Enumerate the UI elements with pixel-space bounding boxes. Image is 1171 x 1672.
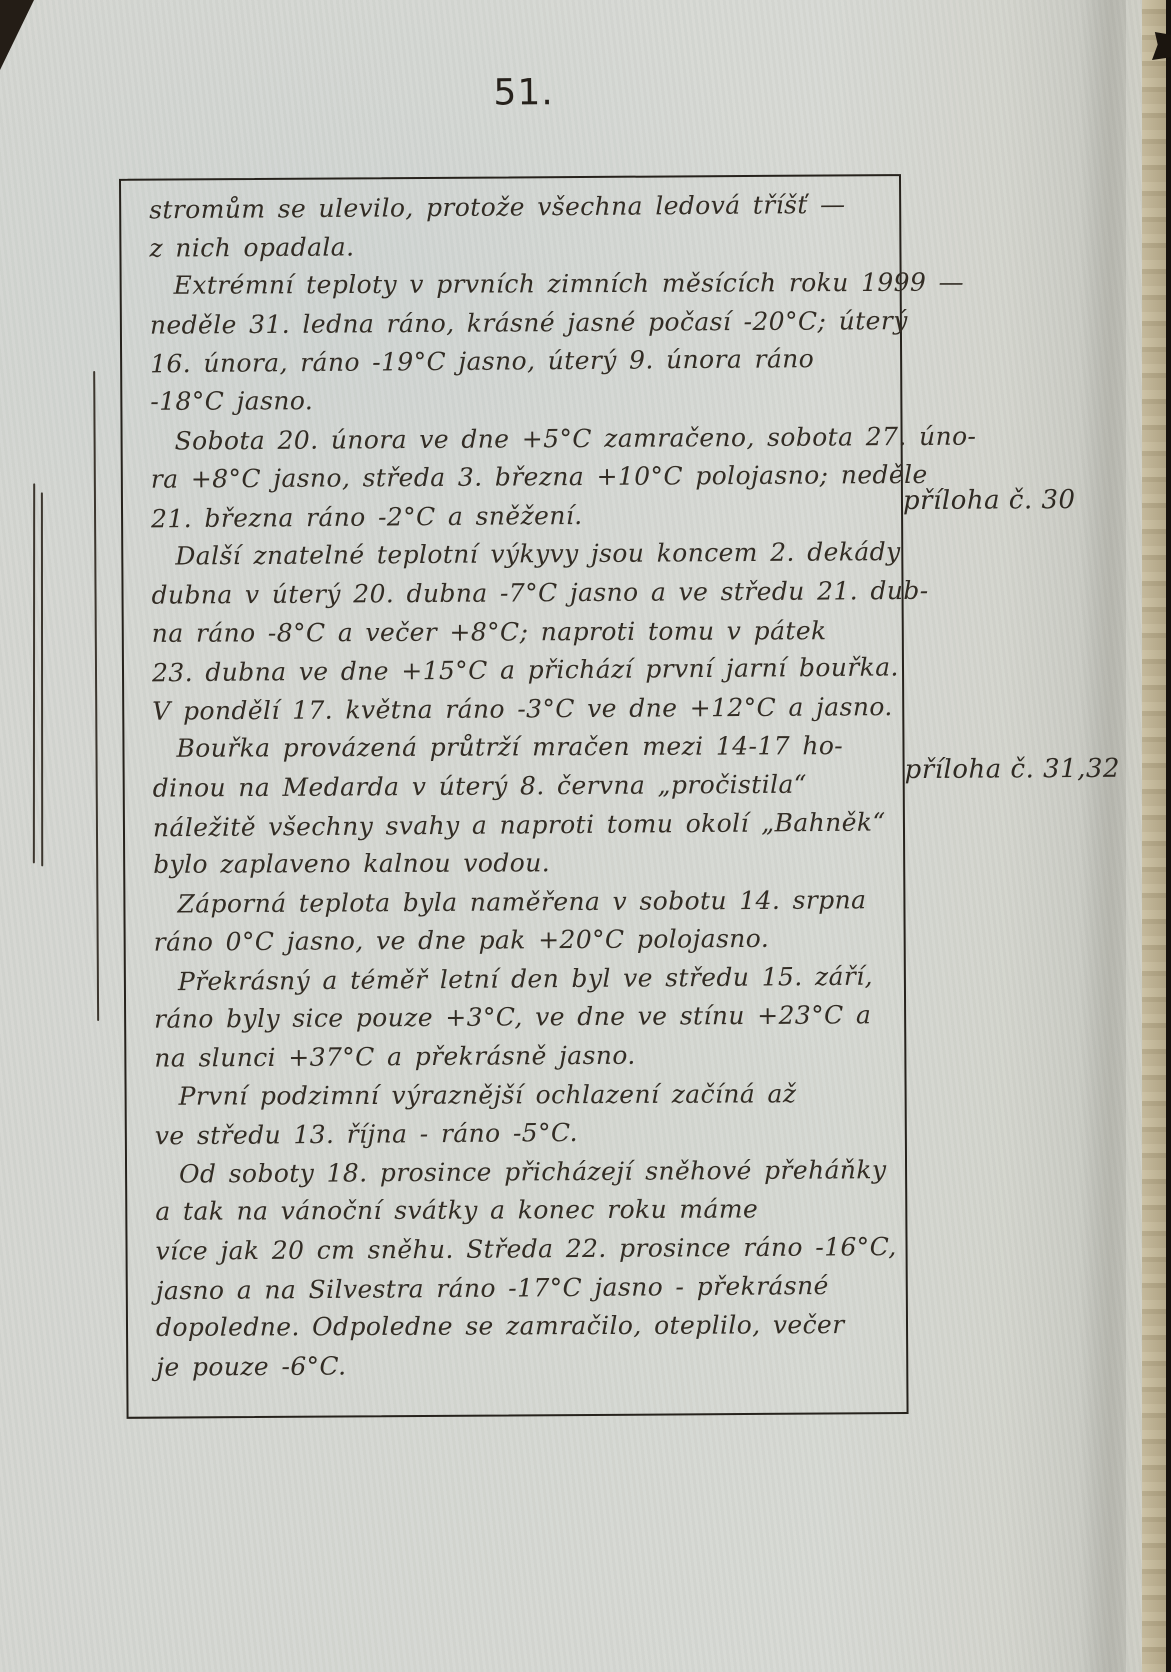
handwritten-line: dubna v úterý 20. dubna -7°C jasno a ve … xyxy=(151,572,921,615)
handwritten-line: a tak na vánoční svátky a konec roku mám… xyxy=(155,1190,925,1232)
handwritten-line: ve středu 13. října - ráno -5°C. xyxy=(155,1112,925,1157)
handwritten-line: V pondělí 17. května ráno -3°C ve dne +1… xyxy=(152,688,922,731)
handwritten-line: Bouřka provázená průtrží mračen mezi 14-… xyxy=(152,727,922,769)
handwritten-line: Překrásný a téměř letní den byl ve střed… xyxy=(154,957,924,1002)
handwritten-line: dopoledne. Odpoledne se zamračilo, otepl… xyxy=(156,1306,926,1348)
margin-pen-mark-long xyxy=(93,371,99,1021)
margin-note-priloha-31-32: příloha č. 31,32 xyxy=(905,754,1121,785)
handwritten-line: jasno a na Silvestra ráno -17°C jasno - … xyxy=(156,1266,926,1311)
handwritten-line: 21. března ráno -2°C a sněžení. xyxy=(151,494,921,539)
handwritten-line: dinou na Medarda v úterý 8. června „proč… xyxy=(153,765,923,808)
handwritten-line: Záporná teplota byla naměřena v sobotu 1… xyxy=(153,881,923,924)
handwritten-line: Extrémní teploty v prvních zimních měsíc… xyxy=(150,264,920,306)
handwritten-line: bylo zaplaveno kalnou vodou. xyxy=(153,843,923,885)
handwritten-line: 16. února, ráno -19°C jasno, úterý 9. ún… xyxy=(150,340,920,385)
handwritten-line: První podzimní výraznější ochlazení začí… xyxy=(155,1074,925,1116)
handwritten-line: stromům se ulevilo, protože všechna ledo… xyxy=(149,185,919,230)
handwritten-text-block: stromům se ulevilo, protože všechna ledo… xyxy=(149,186,926,1387)
page-number: 51. xyxy=(493,72,554,113)
handwritten-line: na slunci +37°C a překrásně jasno. xyxy=(154,1035,924,1078)
handwritten-line: je pouze -6°C. xyxy=(156,1344,926,1387)
handwritten-line: neděle 31. ledna ráno, krásné jasné poča… xyxy=(150,302,920,345)
handwritten-line: Od soboty 18. prosince přicházejí sněhov… xyxy=(155,1151,925,1194)
margin-pen-mark-short-b xyxy=(41,492,43,866)
handwritten-line: ra +8°C jasno, středa 3. března +10°C po… xyxy=(151,456,921,499)
handwritten-line: ráno byly sice pouze +3°C, ve dne ve stí… xyxy=(154,996,924,1039)
scanned-page-content: 51. stromům se ulevilo, protože všechna … xyxy=(0,0,1171,1672)
handwritten-line: z nich opadala. xyxy=(149,225,919,268)
handwritten-line: 23. dubna ve dne +15°C a přichází první … xyxy=(152,648,922,693)
handwritten-line: na ráno -8°C a večer +8°C; naproti tomu … xyxy=(152,611,922,653)
handwritten-line: Sobota 20. února ve dne +5°C zamračeno, … xyxy=(150,418,920,461)
handwritten-line: Další znatelné teplotní výkyvy jsou konc… xyxy=(151,533,921,576)
margin-pen-mark-short-a xyxy=(33,483,35,863)
margin-note-priloha-30: příloha č. 30 xyxy=(903,485,1076,516)
handwritten-line: více jak 20 cm sněhu. Středa 22. prosinc… xyxy=(155,1228,925,1271)
handwritten-line: -18°C jasno. xyxy=(150,380,920,422)
handwritten-line: ráno 0°C jasno, ve dne pak +20°C polojas… xyxy=(154,919,924,962)
handwritten-line: náležitě všechny svahy a naproti tomu ok… xyxy=(153,803,923,848)
